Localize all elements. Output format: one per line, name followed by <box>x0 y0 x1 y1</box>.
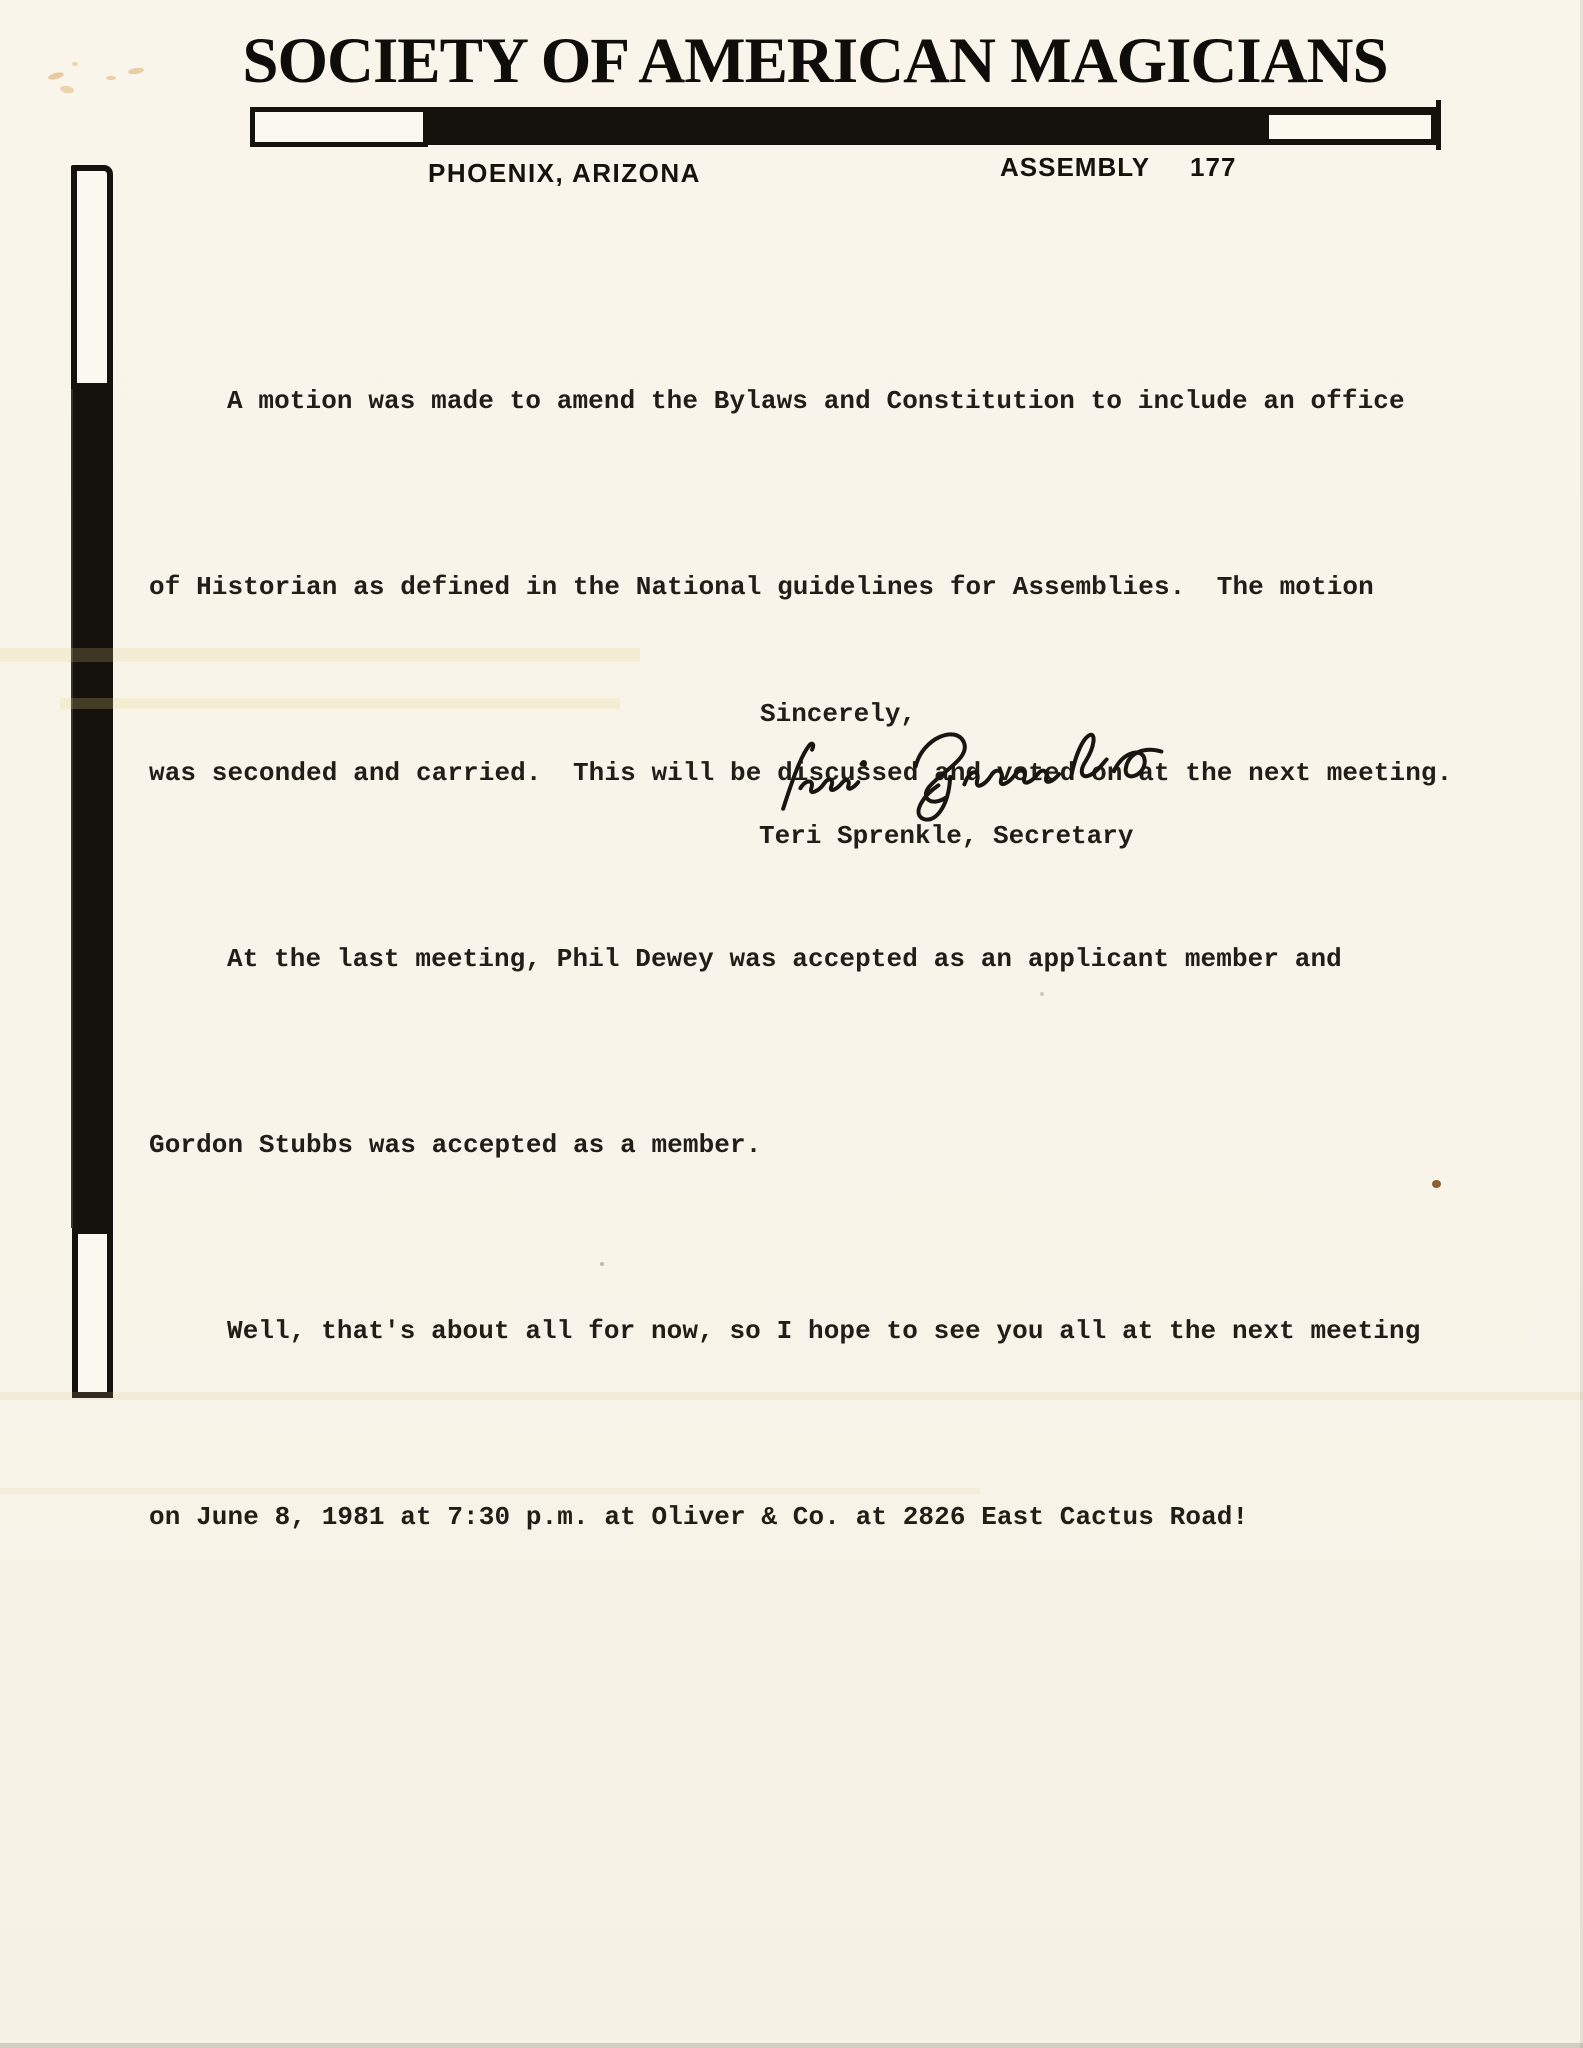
letter-line: A motion was made to amend the Bylaws an… <box>149 370 1479 432</box>
letterhead-title: SOCIETY OF AMERICAN MAGICIANS <box>190 24 1440 99</box>
scan-streak <box>60 698 620 709</box>
scan-streak <box>0 1488 980 1494</box>
scan-edge-bottom <box>0 2043 1583 2048</box>
letter-line: of Historian as defined in the National … <box>149 556 1479 618</box>
wand-right-tip <box>1264 110 1436 144</box>
letter-line: At the last meeting, Phil Dewey was acce… <box>149 928 1479 990</box>
letter-body: A motion was made to amend the Bylaws an… <box>149 246 1479 1672</box>
letter-line: Gordon Stubbs was accepted as a member. <box>149 1114 1479 1176</box>
closing-signed-by: Teri Sprenkle, Secretary <box>759 805 1133 867</box>
letter-line: on June 8, 1981 at 7:30 p.m. at Oliver &… <box>149 1486 1479 1548</box>
letterhead-assembly: ASSEMBLY 177 <box>1000 152 1236 183</box>
scan-smudge <box>47 71 64 81</box>
letterhead-location: PHOENIX, ARIZONA <box>428 158 701 189</box>
scan-smudge <box>128 67 145 75</box>
wand-left-tip <box>250 107 428 147</box>
wand-end-cap <box>1436 100 1441 150</box>
scan-smudge <box>59 85 74 94</box>
magic-wand-vertical <box>71 165 113 1398</box>
scan-speck <box>600 1262 604 1266</box>
scan-speck <box>480 957 484 960</box>
wand-top-tip <box>71 165 113 389</box>
scan-smudge <box>106 76 116 80</box>
magic-wand-horizontal <box>250 107 1438 145</box>
wand-body <box>71 389 113 1228</box>
scan-speck <box>1040 992 1044 996</box>
wand-bottom-tip <box>72 1228 113 1398</box>
scan-streak <box>0 1392 1583 1400</box>
letter-line: Well, that's about all for now, so I hop… <box>149 1300 1479 1362</box>
scan-streak <box>0 648 640 662</box>
scan-smudge <box>72 62 78 66</box>
scan-speck <box>1432 1180 1441 1188</box>
letter-page: SOCIETY OF AMERICAN MAGICIANS PHOENIX, A… <box>0 0 1583 2048</box>
